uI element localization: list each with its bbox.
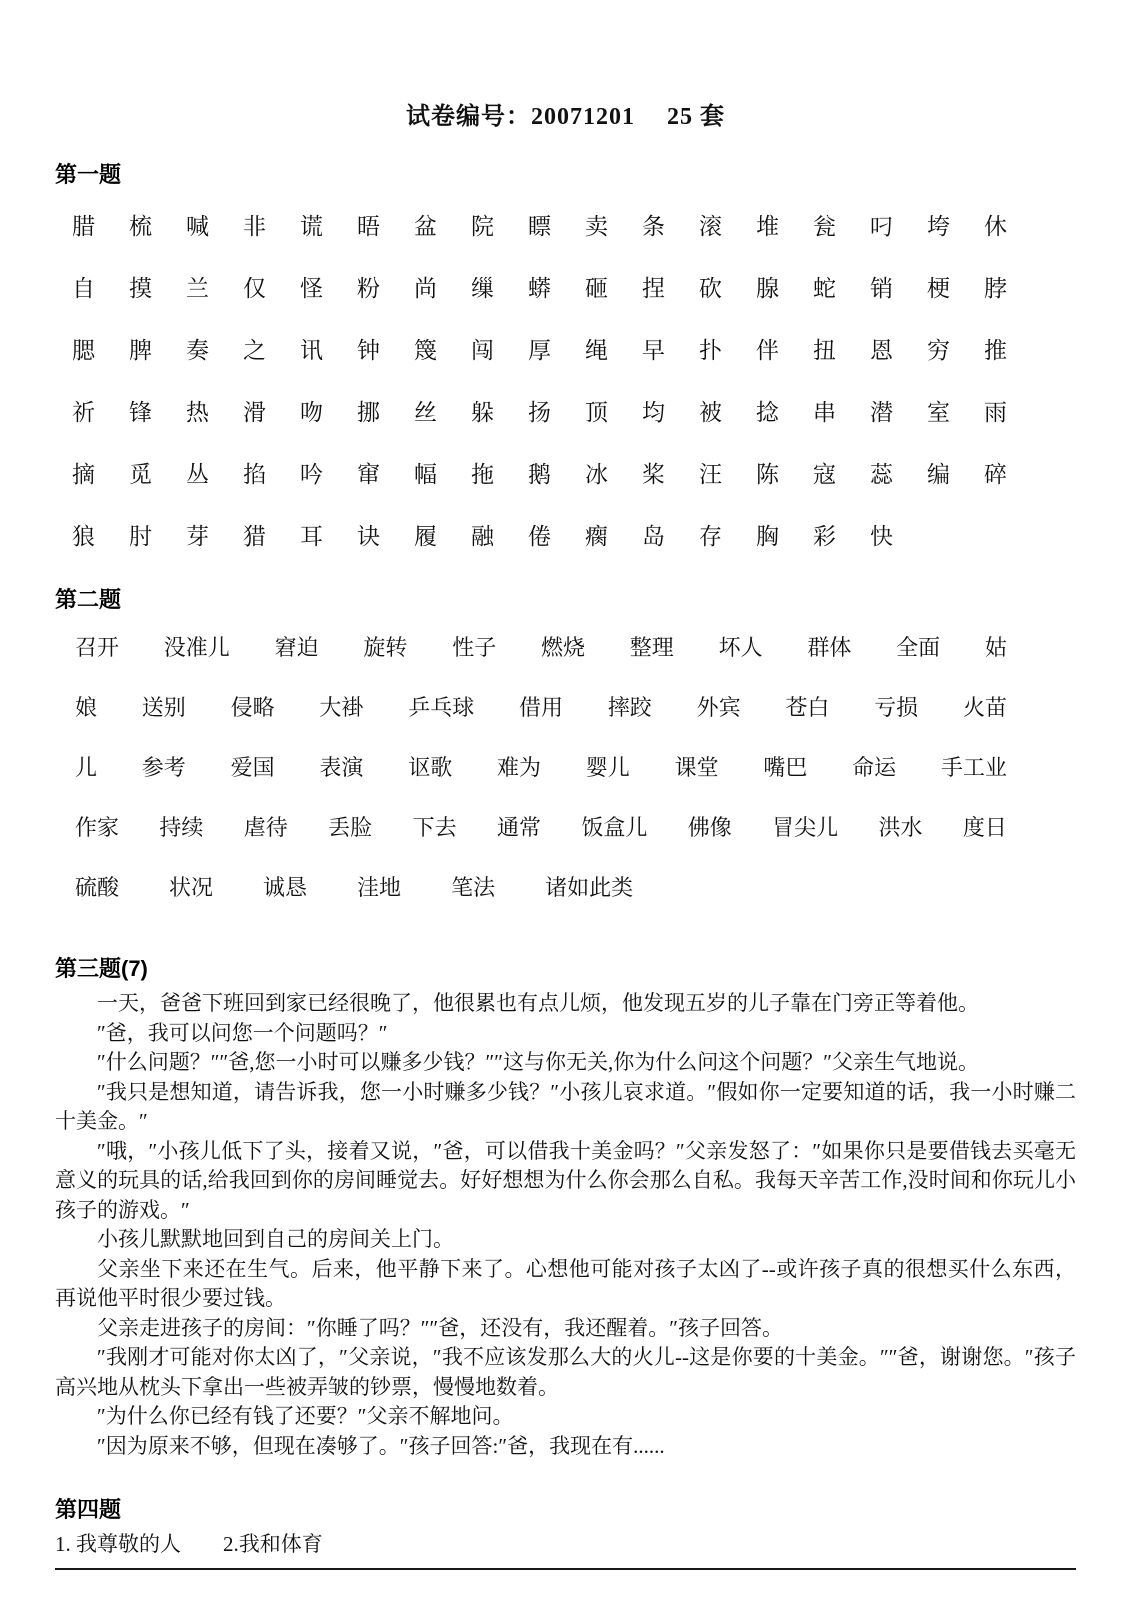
word: 嘴巴 xyxy=(763,751,807,782)
character-row: 腊梳喊非谎晤盆院瞟卖条滚堆瓮叼垮休 xyxy=(55,193,1076,255)
character: 晤 xyxy=(340,208,397,241)
character: 拖 xyxy=(454,456,511,489)
character: 瓮 xyxy=(796,208,853,241)
word: 作家 xyxy=(75,811,119,842)
reading-passage: 一天，爸爸下班回到家已经很晚了，他很累也有点儿烦，他发现五岁的儿子靠在门旁正等着… xyxy=(55,989,1076,1461)
word: 整理 xyxy=(630,631,674,662)
word: 没准儿 xyxy=(164,631,230,662)
word: 持续 xyxy=(159,811,203,842)
character: 吟 xyxy=(283,456,340,489)
passage-paragraph: ″哦，″小孩儿低下了头，接着又说，″爸，可以借我十美金吗？″父亲发怒了：″如果你… xyxy=(55,1137,1076,1226)
character: 砍 xyxy=(682,270,739,303)
character: 推 xyxy=(967,332,1024,365)
word: 借用 xyxy=(519,691,563,722)
character: 自 xyxy=(55,270,112,303)
word: 手工业 xyxy=(941,751,1007,782)
character: 脖 xyxy=(967,270,1024,303)
section2-heading: 第二题 xyxy=(55,583,1076,614)
word: 课堂 xyxy=(675,751,719,782)
word: 下去 xyxy=(413,811,457,842)
character: 耳 xyxy=(283,518,340,551)
character: 被 xyxy=(682,394,739,427)
character: 卖 xyxy=(568,208,625,241)
word: 婴儿 xyxy=(586,751,630,782)
word: 诚恳 xyxy=(263,871,307,902)
character: 履 xyxy=(397,518,454,551)
character: 串 xyxy=(796,394,853,427)
character: 堆 xyxy=(739,208,796,241)
composition-topics: 1. 我尊敬的人2.我和体育 xyxy=(55,1530,1076,1558)
character: 岛 xyxy=(625,518,682,551)
word: 大褂 xyxy=(319,691,363,722)
word: 乒乓球 xyxy=(408,691,474,722)
character: 恩 xyxy=(853,332,910,365)
exam-page: 试卷编号：20071201 25 套 第一题 腊梳喊非谎晤盆院瞟卖条滚堆瓮叼垮休… xyxy=(0,0,1131,1600)
character: 猎 xyxy=(226,518,283,551)
character: 肘 xyxy=(112,518,169,551)
character: 蕊 xyxy=(853,456,910,489)
character: 院 xyxy=(454,208,511,241)
character: 谎 xyxy=(283,208,340,241)
section3-heading: 第三题(7) xyxy=(55,952,1076,983)
character: 条 xyxy=(625,208,682,241)
character: 销 xyxy=(853,270,910,303)
character: 滑 xyxy=(226,394,283,427)
character: 钟 xyxy=(340,332,397,365)
word: 命运 xyxy=(852,751,896,782)
passage-paragraph: 小孩儿默默地回到自己的房间关上门。 xyxy=(55,1225,1076,1255)
character: 蛇 xyxy=(796,270,853,303)
topic-item: 1. 我尊敬的人 xyxy=(55,1532,181,1556)
character: 穷 xyxy=(910,332,967,365)
character: 潜 xyxy=(853,394,910,427)
character: 盆 xyxy=(397,208,454,241)
character: 雨 xyxy=(967,394,1024,427)
bottom-divider xyxy=(55,1568,1076,1570)
character: 摸 xyxy=(112,270,169,303)
word: 性子 xyxy=(452,631,496,662)
character: 厚 xyxy=(511,332,568,365)
character: 顶 xyxy=(568,394,625,427)
word: 火苗 xyxy=(963,691,1007,722)
word: 难为 xyxy=(497,751,541,782)
character: 幅 xyxy=(397,456,454,489)
character: 腮 xyxy=(55,332,112,365)
character: 扬 xyxy=(511,394,568,427)
word: 讴歌 xyxy=(408,751,452,782)
word: 送别 xyxy=(142,691,186,722)
character: 汪 xyxy=(682,456,739,489)
character: 倦 xyxy=(511,518,568,551)
word: 硫酸 xyxy=(75,871,119,902)
character: 掐 xyxy=(226,456,283,489)
word: 姑 xyxy=(985,631,1007,662)
character: 尚 xyxy=(397,270,454,303)
word: 群体 xyxy=(807,631,851,662)
character: 缫 xyxy=(454,270,511,303)
word-row: 娘送别侵略大褂乒乓球借用摔跤外宾苍白亏损火苗 xyxy=(75,676,1007,736)
character: 融 xyxy=(454,518,511,551)
character-row: 狼肘芽猎耳诀履融倦瘸岛存胸彩快 xyxy=(55,503,1076,565)
character: 蟒 xyxy=(511,270,568,303)
word-row: 作家持续虐待丢脸下去通常饭盒儿佛像冒尖儿洪水度日 xyxy=(75,796,1007,856)
character-row: 摘觅丛掐吟窜幅拖鹅冰桨汪陈寇蕊编碎 xyxy=(55,441,1076,503)
character: 怪 xyxy=(283,270,340,303)
word: 表演 xyxy=(319,751,363,782)
word: 窘迫 xyxy=(275,631,319,662)
character: 诀 xyxy=(340,518,397,551)
character: 桨 xyxy=(625,456,682,489)
character: 梗 xyxy=(910,270,967,303)
word: 笔法 xyxy=(451,871,495,902)
character: 腊 xyxy=(55,208,112,241)
character: 丝 xyxy=(397,394,454,427)
word: 旋转 xyxy=(363,631,407,662)
character: 捻 xyxy=(739,394,796,427)
word: 全面 xyxy=(896,631,940,662)
character: 休 xyxy=(967,208,1024,241)
word: 燃烧 xyxy=(541,631,585,662)
word: 通常 xyxy=(497,811,541,842)
character: 室 xyxy=(910,394,967,427)
character: 讯 xyxy=(283,332,340,365)
character-grid: 腊梳喊非谎晤盆院瞟卖条滚堆瓮叼垮休自摸兰仅怪粉尚缫蟒砸捏砍腺蛇销梗脖腮脾奏之讯钟… xyxy=(55,193,1076,565)
word: 丢脸 xyxy=(328,811,372,842)
character: 编 xyxy=(910,456,967,489)
word: 度日 xyxy=(963,811,1007,842)
character: 梳 xyxy=(112,208,169,241)
word: 诸如此类 xyxy=(545,871,633,902)
word: 参考 xyxy=(142,751,186,782)
word: 冒尖儿 xyxy=(772,811,838,842)
character: 粉 xyxy=(340,270,397,303)
topic-item: 2.我和体育 xyxy=(223,1532,323,1556)
character: 绳 xyxy=(568,332,625,365)
passage-paragraph: 父亲走进孩子的房间：″你睡了吗？″″爸，还没有，我还醒着。″孩子回答。 xyxy=(55,1314,1076,1344)
passage-paragraph: ″我刚才可能对你太凶了，″父亲说，″我不应该发那么大的火儿--这是你要的十美金。… xyxy=(55,1343,1076,1402)
word: 洼地 xyxy=(357,871,401,902)
character: 闯 xyxy=(454,332,511,365)
character: 脾 xyxy=(112,332,169,365)
character: 兰 xyxy=(169,270,226,303)
word: 佛像 xyxy=(688,811,732,842)
character: 热 xyxy=(169,394,226,427)
word: 外宾 xyxy=(697,691,741,722)
character: 滚 xyxy=(682,208,739,241)
word: 侵略 xyxy=(231,691,275,722)
word: 苍白 xyxy=(785,691,829,722)
character: 砸 xyxy=(568,270,625,303)
character: 芽 xyxy=(169,518,226,551)
word: 亏损 xyxy=(874,691,918,722)
character: 扭 xyxy=(796,332,853,365)
character: 篾 xyxy=(397,332,454,365)
character: 吻 xyxy=(283,394,340,427)
character: 鹅 xyxy=(511,456,568,489)
character: 非 xyxy=(226,208,283,241)
section4-heading: 第四题 xyxy=(55,1493,1076,1524)
character: 寇 xyxy=(796,456,853,489)
character: 摘 xyxy=(55,456,112,489)
passage-paragraph: ″因为原来不够，但现在凑够了。″孩子回答:″爸，我现在有...... xyxy=(55,1432,1076,1462)
passage-paragraph: ″我只是想知道，请告诉我，您一小时赚多少钱？″小孩儿哀求道。″假如你一定要知道的… xyxy=(55,1078,1076,1137)
character: 陈 xyxy=(739,456,796,489)
character: 胸 xyxy=(739,518,796,551)
passage-paragraph: ″什么问题？″″爸,您一小时可以赚多少钱？″″这与你无关,你为什么问这个问题？″… xyxy=(55,1048,1076,1078)
character: 叼 xyxy=(853,208,910,241)
character: 之 xyxy=(226,332,283,365)
character: 早 xyxy=(625,332,682,365)
character: 伴 xyxy=(739,332,796,365)
character: 仅 xyxy=(226,270,283,303)
word: 摔跤 xyxy=(608,691,652,722)
word: 饭盒儿 xyxy=(581,811,647,842)
passage-paragraph: 一天，爸爸下班回到家已经很晚了，他很累也有点儿烦，他发现五岁的儿子靠在门旁正等着… xyxy=(55,989,1076,1019)
character: 冰 xyxy=(568,456,625,489)
passage-paragraph: ″爸，我可以问您一个问题吗？″ xyxy=(55,1019,1076,1049)
word-row: 硫酸状况诚恳洼地笔法诸如此类 xyxy=(75,856,1076,916)
character: 挪 xyxy=(340,394,397,427)
character: 狼 xyxy=(55,518,112,551)
page-title: 试卷编号：20071201 25 套 xyxy=(55,96,1076,131)
character: 锋 xyxy=(112,394,169,427)
character: 扑 xyxy=(682,332,739,365)
word: 虐待 xyxy=(244,811,288,842)
character: 腺 xyxy=(739,270,796,303)
character: 窜 xyxy=(340,456,397,489)
character: 祈 xyxy=(55,394,112,427)
section1-heading: 第一题 xyxy=(55,158,1076,189)
word: 儿 xyxy=(75,751,97,782)
word: 爱国 xyxy=(231,751,275,782)
character: 碎 xyxy=(967,456,1024,489)
word: 状况 xyxy=(169,871,213,902)
character: 喊 xyxy=(169,208,226,241)
word: 洪水 xyxy=(879,811,923,842)
character-row: 腮脾奏之讯钟篾闯厚绳早扑伴扭恩穷推 xyxy=(55,317,1076,379)
word: 召开 xyxy=(75,631,119,662)
character-row: 自摸兰仅怪粉尚缫蟒砸捏砍腺蛇销梗脖 xyxy=(55,255,1076,317)
passage-paragraph: 父亲坐下来还在生气。后来，他平静下来了。心想他可能对孩子太凶了--或许孩子真的很… xyxy=(55,1255,1076,1314)
character: 瞟 xyxy=(511,208,568,241)
character: 瘸 xyxy=(568,518,625,551)
passage-paragraph: ″为什么你已经有钱了还要？″父亲不解地问。 xyxy=(55,1402,1076,1432)
character-row: 祈锋热滑吻挪丝躲扬顶均被捻串潜室雨 xyxy=(55,379,1076,441)
character: 均 xyxy=(625,394,682,427)
character: 快 xyxy=(853,518,910,551)
word: 娘 xyxy=(75,691,97,722)
character: 丛 xyxy=(169,456,226,489)
character: 躲 xyxy=(454,394,511,427)
word-row: 召开没准儿窘迫旋转性子燃烧整理坏人群体全面姑 xyxy=(75,616,1007,676)
character: 觅 xyxy=(112,456,169,489)
word-grid: 召开没准儿窘迫旋转性子燃烧整理坏人群体全面姑娘送别侵略大褂乒乓球借用摔跤外宾苍白… xyxy=(55,616,1076,916)
character: 存 xyxy=(682,518,739,551)
character: 捏 xyxy=(625,270,682,303)
word-row: 儿参考爱国表演讴歌难为婴儿课堂嘴巴命运手工业 xyxy=(75,736,1007,796)
word: 坏人 xyxy=(719,631,763,662)
character: 彩 xyxy=(796,518,853,551)
character: 奏 xyxy=(169,332,226,365)
character: 垮 xyxy=(910,208,967,241)
